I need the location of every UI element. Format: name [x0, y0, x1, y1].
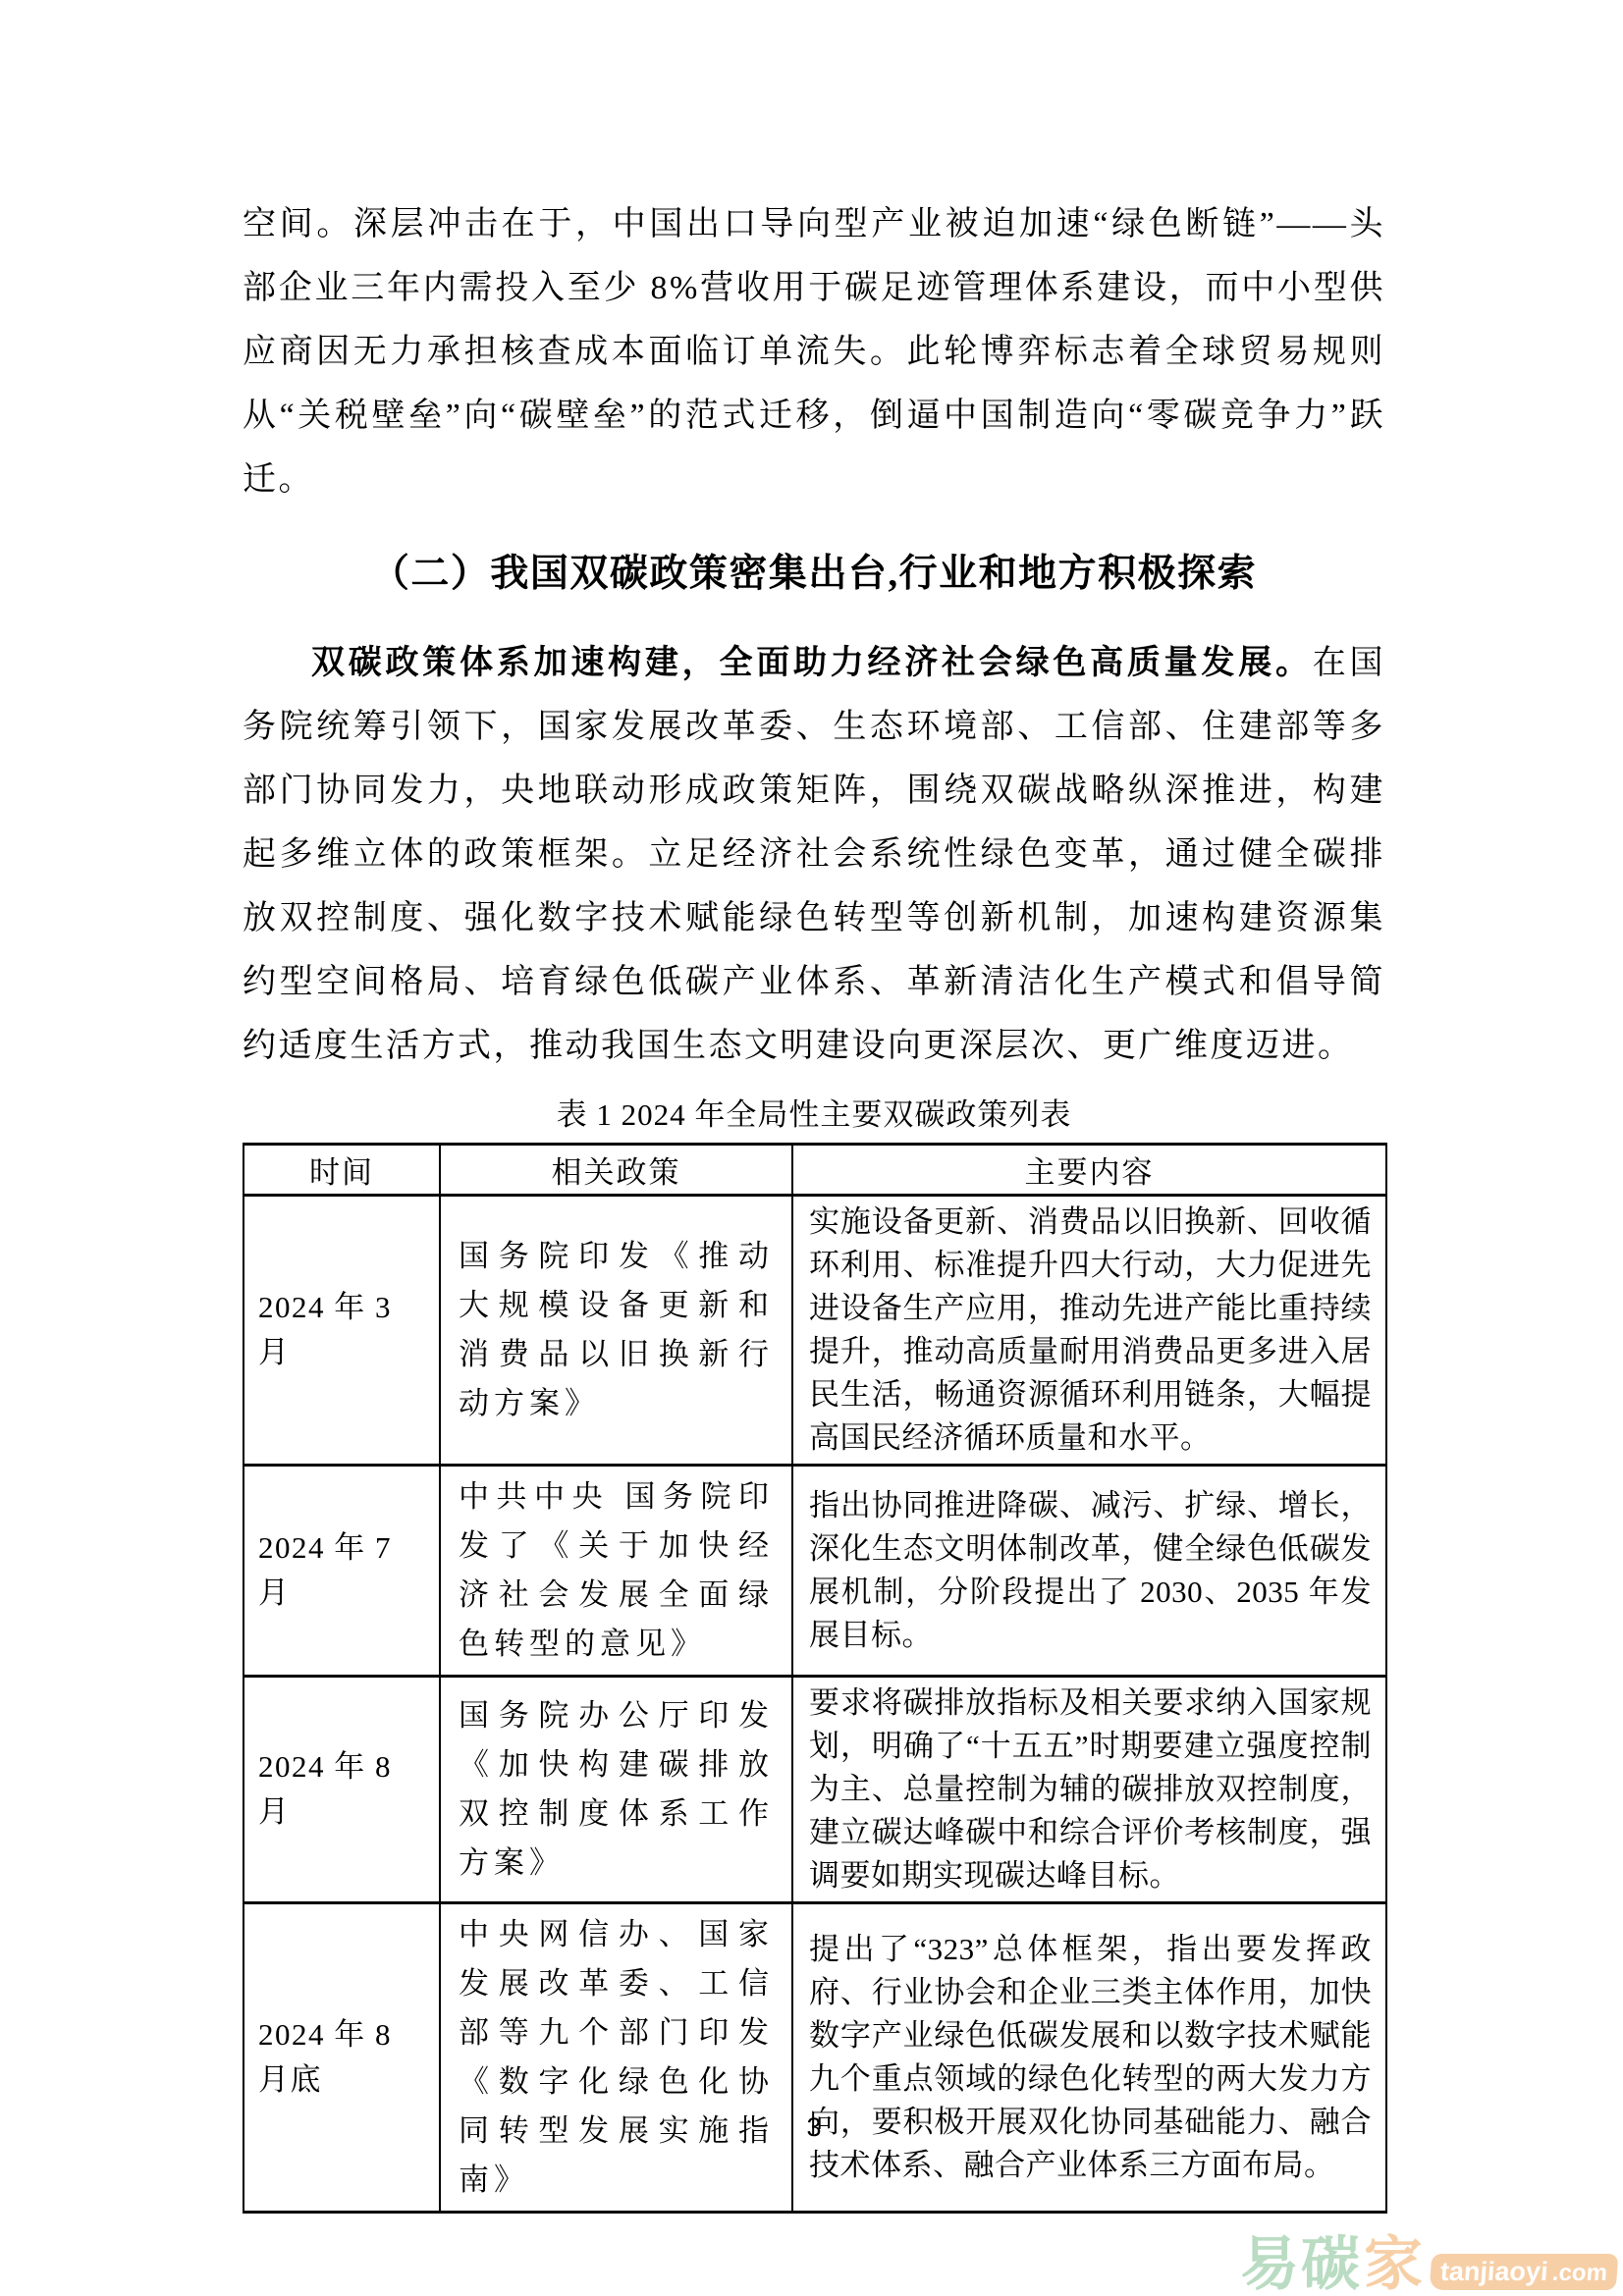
table-row: 2024 年 8 月底中央网信办、国家发展改革委、工信部等九个部门印发《数字化绿…: [243, 1903, 1386, 2213]
table-cell-time: 2024 年 7 月: [243, 1466, 440, 1677]
watermark-logo: 易碳家 tanjiaoyi .com: [1240, 2233, 1617, 2296]
table-row: 2024 年 7 月中共中央 国务院印发了《关于加快经济社会发展全面绿色转型的意…: [243, 1466, 1386, 1677]
table-cell-content: 指出协同推进降碳、减污、扩绿、增长，深化生态文明体制改革，健全绿色低碳发展机制，…: [792, 1466, 1386, 1677]
watermark-green-text: 易碳: [1240, 2233, 1362, 2296]
table-cell-policy: 国务院办公厅印发《加快构建碳排放双控制度体系工作方案》: [440, 1677, 792, 1903]
table-cell-content: 要求将碳排放指标及相关要求纳入国家规划，明确了“十五五”时期要建立强度控制为主、…: [792, 1677, 1386, 1903]
paragraph-carryover: 空间。深层冲击在于，中国出口导向型产业被迫加速“绿色断链”——头部企业三年内需投…: [243, 192, 1385, 511]
table-cell-time: 2024 年 3 月: [243, 1196, 440, 1466]
table-row: 2024 年 8 月国务院办公厅印发《加快构建碳排放双控制度体系工作方案》要求将…: [243, 1677, 1386, 1903]
table-caption: 表 1 2024 年全局性主要双碳政策列表: [243, 1095, 1385, 1135]
watermark-orange-text: 家: [1364, 2233, 1423, 2296]
watermark-badge-line1: tanjiaoyi: [1439, 2257, 1549, 2286]
paragraph-bold-lead: 双碳政策体系加速构建，全面助力经济社会绿色高质量发展。: [311, 645, 1313, 681]
table-cell-policy: 中共中央 国务院印发了《关于加快经济社会发展全面绿色转型的意见》: [440, 1466, 792, 1677]
table-header-row: 时间 相关政策 主要内容: [243, 1145, 1386, 1196]
page-content: 空间。深层冲击在于，中国出口导向型产业被迫加速“绿色断链”——头部企业三年内需投…: [243, 192, 1385, 2214]
table-row: 2024 年 3 月国务院印发《推动大规模设备更新和消费品以旧换新行动方案》实施…: [243, 1196, 1386, 1466]
section-heading: （二）我国双碳政策密集出台,行业和地方积极探索: [243, 547, 1385, 602]
table-header-time: 时间: [243, 1145, 440, 1196]
table-header-content: 主要内容: [792, 1145, 1386, 1196]
table-cell-content: 实施设备更新、消费品以旧换新、回收循环利用、标准提升四大行动，大力促进先进设备生…: [792, 1196, 1386, 1466]
table-cell-policy: 中央网信办、国家发展改革委、工信部等九个部门印发《数字化绿色化协同转型发展实施指…: [440, 1903, 792, 2213]
paragraph-policy-overview: 双碳政策体系加速构建，全面助力经济社会绿色高质量发展。在国务院统筹引领下，国家发…: [243, 631, 1385, 1078]
table-cell-policy: 国务院印发《推动大规模设备更新和消费品以旧换新行动方案》: [440, 1196, 792, 1466]
policy-table-header: 时间 相关政策 主要内容: [243, 1145, 1386, 1196]
table-header-policy: 相关政策: [440, 1145, 792, 1196]
watermark-badge-line2: .com: [1551, 2260, 1608, 2286]
paragraph-body-text: 在国务院统筹引领下，国家发展改革委、生态环境部、工信部、住建部等多部门协同发力，…: [243, 645, 1385, 1064]
document-page: 空间。深层冲击在于，中国出口导向型产业被迫加速“绿色断链”——头部企业三年内需投…: [0, 0, 1623, 2296]
table-cell-content: 提出了“323”总体框架，指出要发挥政府、行业协会和企业三类主体作用，加快数字产…: [792, 1903, 1386, 2213]
table-cell-time: 2024 年 8 月: [243, 1677, 440, 1903]
page-number: 3: [243, 2112, 1385, 2143]
table-cell-time: 2024 年 8 月底: [243, 1903, 440, 2213]
watermark-badge: tanjiaoyi .com: [1430, 2254, 1619, 2290]
policy-table-body: 2024 年 3 月国务院印发《推动大规模设备更新和消费品以旧换新行动方案》实施…: [243, 1196, 1386, 2213]
policy-table: 时间 相关政策 主要内容 2024 年 3 月国务院印发《推动大规模设备更新和消…: [243, 1143, 1387, 2214]
